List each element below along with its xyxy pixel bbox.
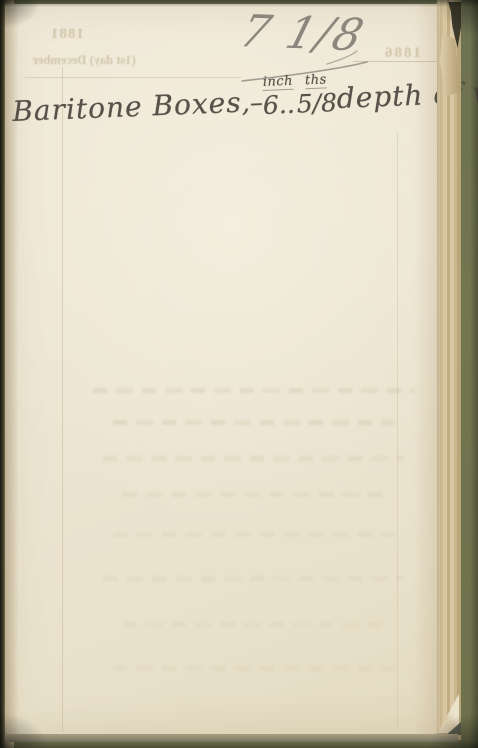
- showthrough-text-band: [113, 666, 395, 671]
- scanned-ledger-photo: 1881 (1st day) December 1886 7 1/8: [0, 0, 478, 748]
- measure-inches: inch 6..: [262, 75, 295, 118]
- showthrough-year-1881: 1881: [39, 26, 95, 43]
- showthrough-date-december: (1st day) December: [23, 53, 145, 68]
- pencil-measurement-note: 7 1/8: [235, 6, 371, 61]
- margin-rule-right: [397, 132, 398, 728]
- ink-number-six: 6..: [262, 92, 295, 118]
- ink-note-words-left: Baritone Boxes: [12, 86, 243, 128]
- showthrough-text-band: [123, 492, 385, 497]
- measure-fraction: ths 5/8: [296, 73, 338, 117]
- ink-sup-ths: ths: [305, 73, 327, 89]
- showthrough-text-band: [103, 456, 403, 461]
- showthrough-text-band: [113, 532, 395, 537]
- margin-rule-left: [62, 67, 63, 732]
- page-edge-stack: [437, 0, 461, 740]
- showthrough-text-band: [123, 622, 385, 627]
- ink-sup-inch: inch: [263, 75, 294, 91]
- showthrough-year-1886: 1886: [373, 45, 431, 62]
- ledger-page: 1881 (1st day) December 1886 7 1/8: [5, 4, 457, 734]
- showthrough-text-band: [103, 576, 403, 581]
- showthrough-text-band: [113, 420, 395, 425]
- showthrough-text-band: [93, 388, 415, 393]
- ink-note-measurement: inch 6.. ths 5/8: [262, 73, 338, 118]
- ink-fraction-five-eighths: 5/8: [296, 90, 337, 117]
- page-bottom-edge: [5, 734, 458, 742]
- ink-note-dash: ,–: [241, 88, 263, 119]
